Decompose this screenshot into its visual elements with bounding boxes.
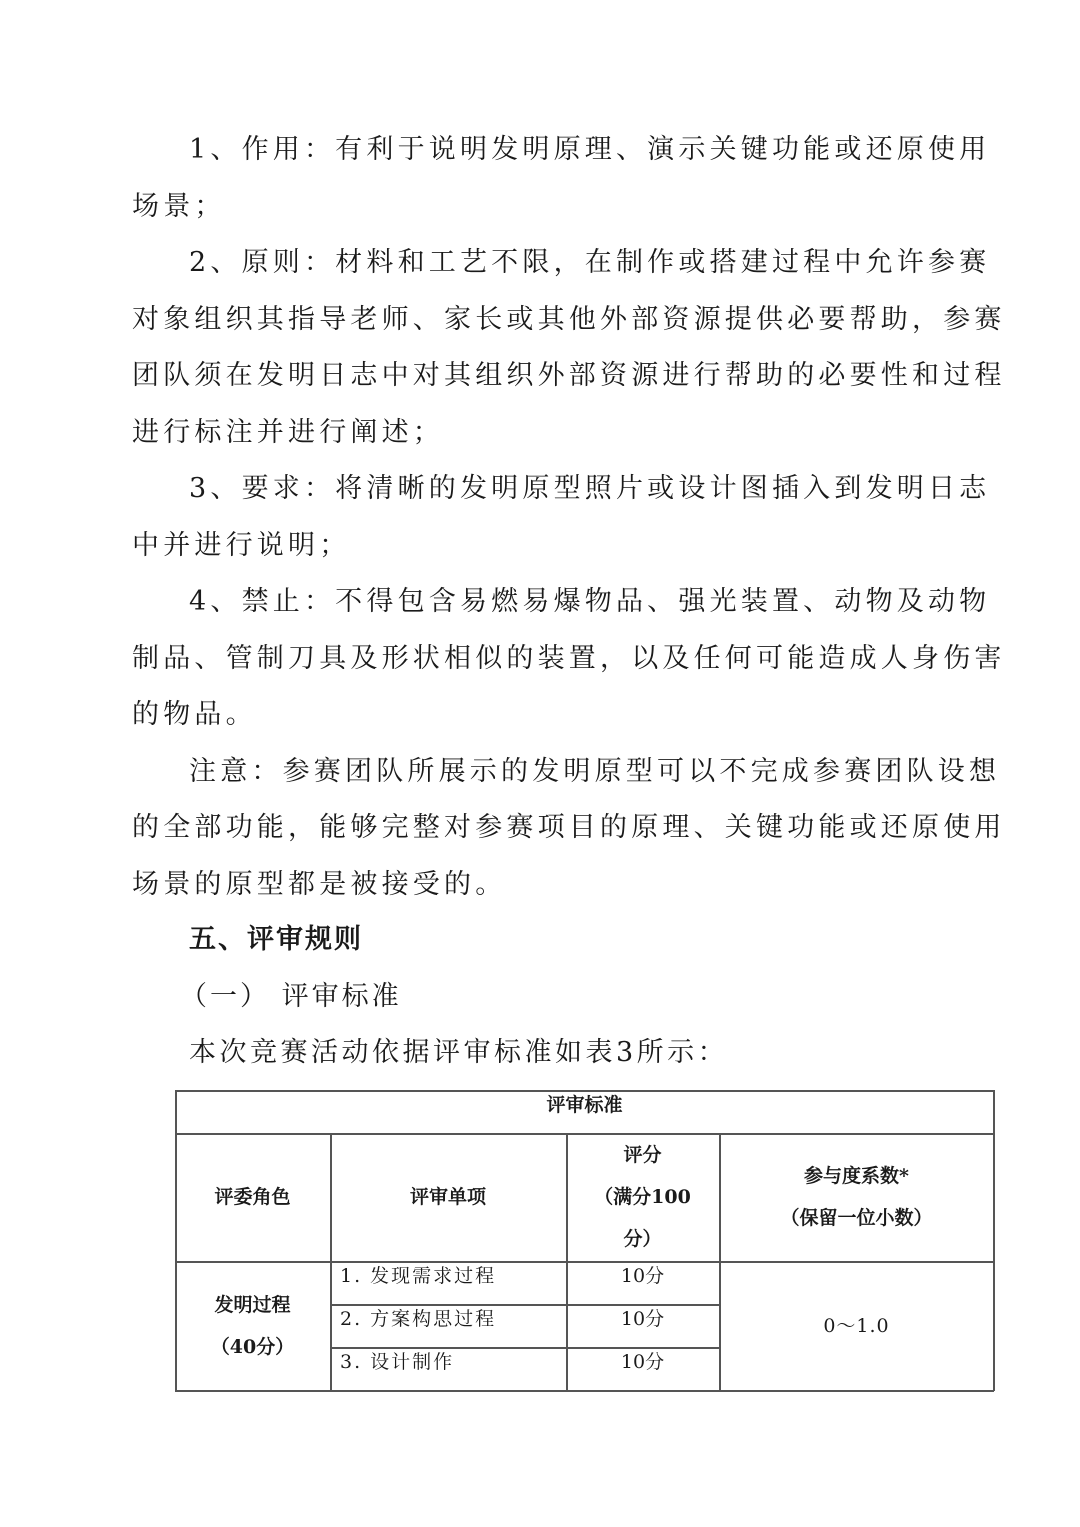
group-coefficient: 0～1.0 [719, 1261, 994, 1391]
table-row-item-1: 1. 发现需求过程 [330, 1261, 566, 1304]
paragraph-prohibition-line2: 制品、管制刀具及形状相似的装置，以及任何可能造成人身伤害 [132, 641, 1006, 677]
header-coefficient-line2: （保留一位小数） [780, 1197, 932, 1239]
paragraph-principle-line1: 2、原则：材料和工艺不限，在制作或搭建过程中允许参赛 [189, 245, 990, 281]
header-item: 评审单项 [330, 1133, 566, 1261]
header-score-line2: （满分100 [594, 1176, 691, 1218]
header-score-line1: 评分 [623, 1134, 661, 1176]
paragraph-usage-line2: 场景； [132, 189, 226, 225]
group-role-line2: （40分） [211, 1326, 294, 1368]
paragraph-usage-line1: 1、作用：有利于说明发明原理、演示关键功能或还原使用 [189, 132, 990, 168]
sub-heading: （一） 评审标准 [180, 979, 402, 1015]
paragraph-note-line2: 的全部功能，能够完整对参赛项目的原理、关键功能或还原使用 [132, 810, 1006, 846]
group-role: 发明过程 （40分） [175, 1261, 330, 1391]
table-title: 评审标准 [175, 1090, 994, 1120]
header-score-line3: 分） [623, 1218, 661, 1260]
table-intro: 本次竞赛活动依据评审标准如表3所示： [189, 1035, 728, 1071]
header-role: 评委角色 [175, 1133, 330, 1261]
paragraph-note-line1: 注意：参赛团队所展示的发明原型可以不完成参赛团队设想 [189, 754, 1000, 790]
header-coefficient-line1: 参与度系数* [804, 1155, 909, 1197]
table-row-score-1: 10分 [566, 1261, 719, 1304]
section-heading: 五、评审规则 [189, 922, 363, 958]
table-row-item-2: 2. 方案构思过程 [330, 1304, 566, 1347]
review-criteria-table: 评审标准 评委角色 评审单项 评分 （满分100 分） 参与度系数* （保留一位… [175, 1090, 994, 1391]
table-row-item-3: 3. 设计制作 [330, 1347, 566, 1390]
paragraph-prohibition-line3: 的物品。 [132, 697, 257, 733]
table-row-score-2: 10分 [566, 1304, 719, 1347]
paragraph-note-line3: 场景的原型都是被接受的。 [132, 867, 506, 903]
paragraph-requirement-line2: 中并进行说明； [132, 528, 350, 564]
paragraph-prohibition-line1: 4、禁止：不得包含易燃易爆物品、强光装置、动物及动物 [189, 584, 990, 620]
header-coefficient: 参与度系数* （保留一位小数） [719, 1133, 994, 1261]
paragraph-principle-line4: 进行标注并进行阐述； [132, 415, 444, 451]
paragraph-principle-line2: 对象组织其指导老师、家长或其他外部资源提供必要帮助，参赛 [132, 302, 1006, 338]
paragraph-requirement-line1: 3、要求：将清晰的发明原型照片或设计图插入到发明日志 [189, 471, 990, 507]
header-score: 评分 （满分100 分） [566, 1133, 719, 1261]
table-row-score-3: 10分 [566, 1347, 719, 1390]
group-role-line1: 发明过程 [214, 1284, 290, 1326]
paragraph-principle-line3: 团队须在发明日志中对其组织外部资源进行帮助的必要性和过程 [132, 358, 1006, 394]
